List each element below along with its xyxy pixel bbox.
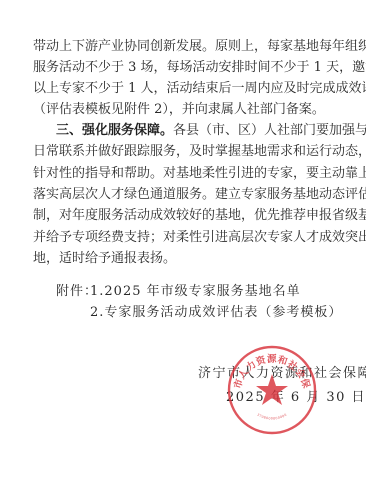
paragraph-line: 针对性的指导和帮助。对基地柔性引进的专家，要主动靠上服务，	[33, 164, 335, 184]
paragraph-line: 并给予专项经费支持；对柔性引进高层次专家人才成效突出的基	[33, 228, 335, 248]
svg-text:3708000000000: 3708000000000	[256, 413, 287, 421]
section-three-first-line: 三、强化服务保障。各县（市、区）人社部门要加强与基地	[56, 121, 335, 141]
attachment-item-2: 2.专家服务活动成效评估表（参考模板）	[90, 303, 342, 323]
paragraph-line: 落实高层次人才绿色通道服务。建立专家服务基地动态评估机	[33, 185, 335, 205]
issue-date: 2025 年 6 月 30 日	[226, 388, 366, 408]
paragraph-line: （评估表模板见附件 2），并向隶属人社部门备案。	[33, 100, 335, 120]
issuer-name: 济宁市人力资源和社会保障局	[198, 364, 366, 384]
section-text: 各县（市、区）人社部门要加强与基地	[173, 123, 366, 138]
paragraph-line: 地，适时给予通报表扬。	[33, 249, 335, 269]
paragraph-line: 带动上下游产业协同创新发展。原则上，每家基地每年组织专家	[33, 37, 335, 57]
paragraph-line: 服务活动不少于 3 场，每场活动安排时间不少于 1 天，邀请省级	[33, 58, 335, 78]
paragraph-line: 日常联系并做好跟踪服务，及时掌握基地需求和运行动态，提供	[33, 142, 335, 162]
attachment-item-1: 1.2025 年市级专家服务基地名单	[90, 282, 301, 302]
paragraph-line: 制，对年度服务活动成效较好的基地，优先推荐申报省级基地，	[33, 206, 335, 226]
paragraph-line: 以上专家不少于 1 人，活动结束后一周内应及时完成成效评估	[33, 79, 335, 99]
section-heading: 三、强化服务保障。	[56, 123, 173, 138]
document-page: 带动上下游产业协同创新发展。原则上，每家基地每年组织专家 服务活动不少于 3 场…	[0, 0, 366, 500]
